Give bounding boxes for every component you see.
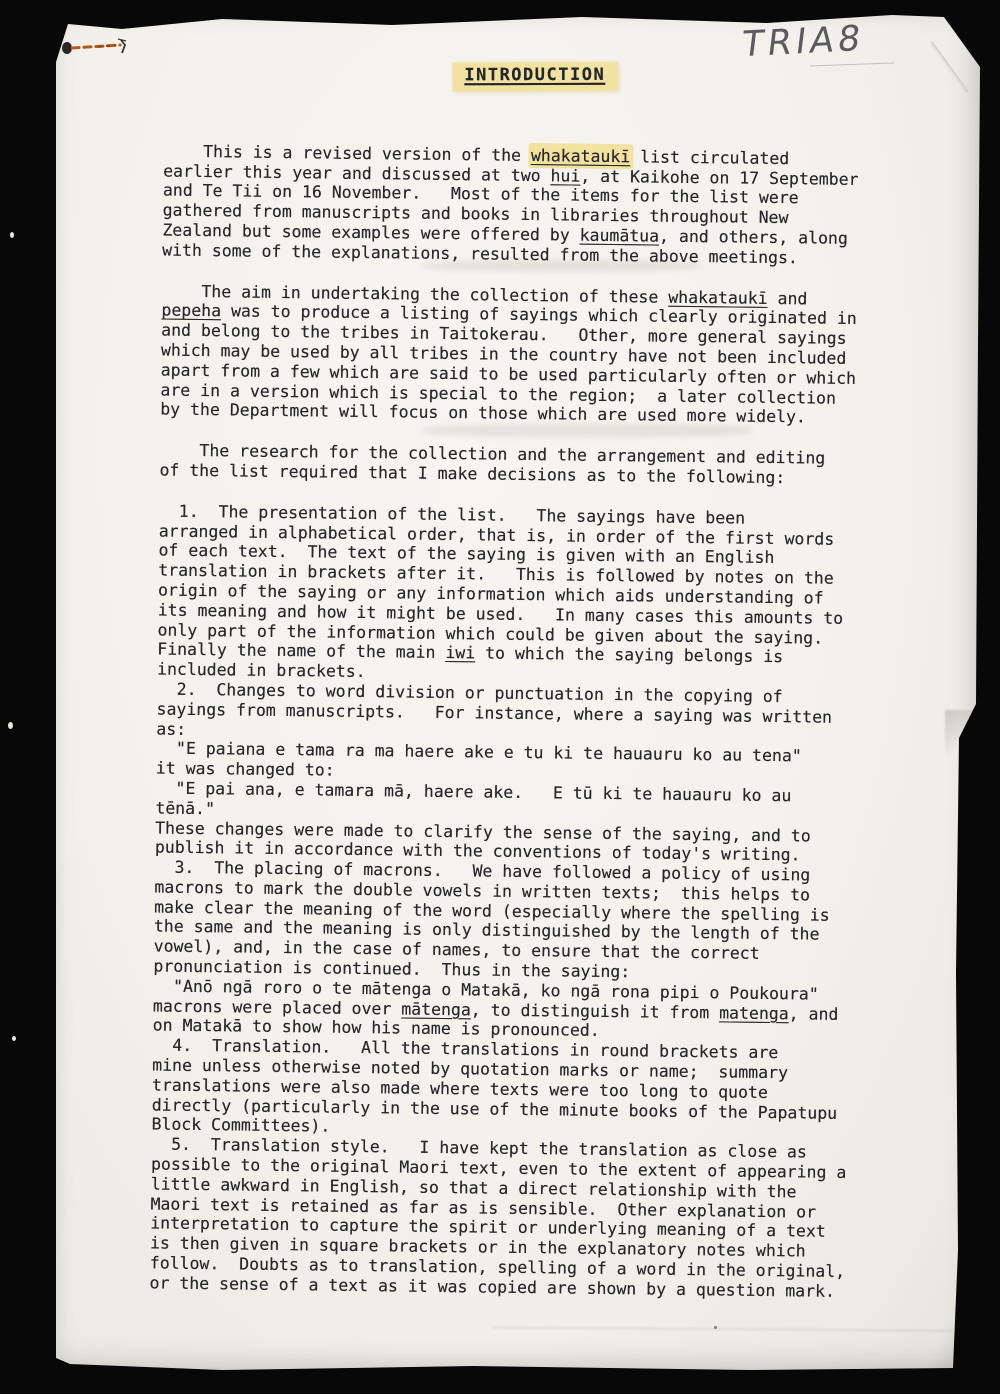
scan-speck [12,1036,16,1041]
paper-crease [492,1326,952,1331]
para-1: This is a revised version of the whakata… [162,141,903,269]
ink-speck [714,1326,717,1329]
item-2: 2. Changes to word division or punctuati… [155,679,897,866]
folded-corner-line [931,41,968,92]
item-1: 1. The presentation of the list. The say… [157,501,899,688]
scanned-document-screenshot: { "scan": { "handwritten_label": "TRIA8"… [0,0,1000,1394]
title-row: INTRODUCTION [164,58,904,96]
scan-speck [8,722,13,729]
typed-text: INTRODUCTION This is a revised version o… [149,54,904,1303]
item-5: 5. Translation style. I have kept the tr… [149,1135,891,1302]
bottom-corner-fold-shade [900,1274,980,1374]
item-4: 4. Translation. All the translations in … [151,1036,892,1144]
paper-sheet: TRIA8 INTRODUCTION This is a revised ver… [52,12,983,1376]
handwritten-code: TRIA8 [740,19,867,66]
page-edge-tear-shadow [945,710,979,756]
item-3: 3. The placing of macrons. We have follo… [153,858,895,1045]
para-3: The research for the collection and the … [159,441,899,490]
scan-speck [10,232,14,238]
para-2: The aim in undertaking the collection of… [160,281,902,429]
staple-stitch-mark [58,34,178,64]
document-title: INTRODUCTION [452,62,617,91]
